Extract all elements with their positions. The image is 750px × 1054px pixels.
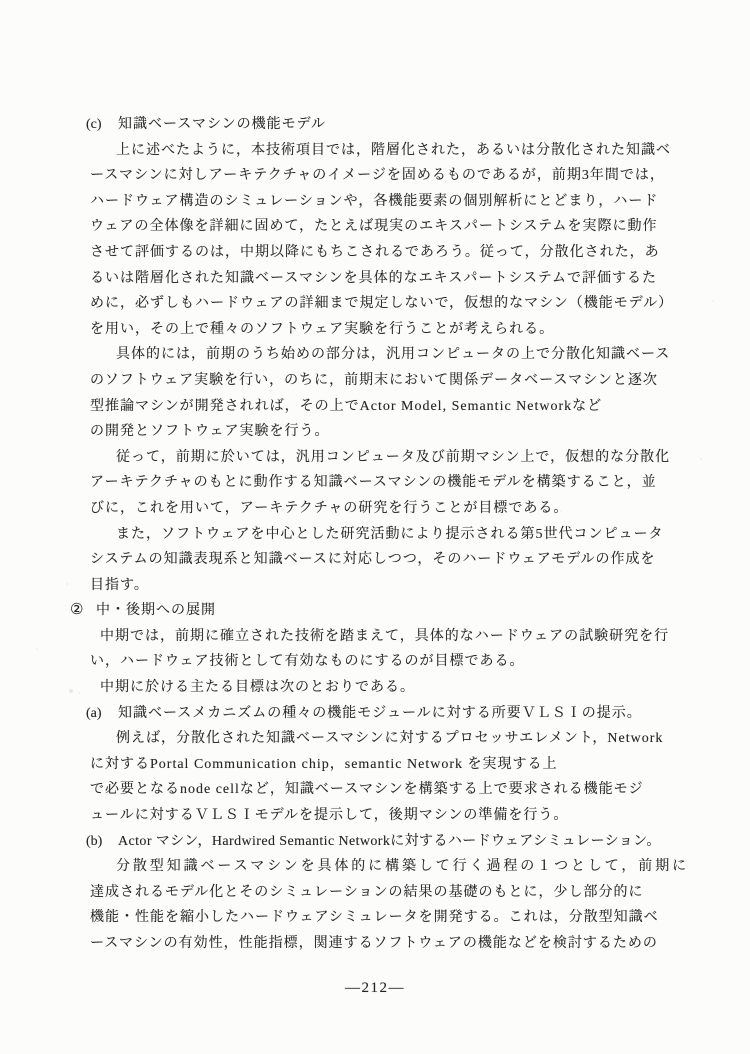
- line-text: 知識ベースメカニズムの種々の機能モジュールに対する所要ＶＬＳＩの提示。: [118, 706, 642, 721]
- text-line: 目指す。: [86, 573, 711, 599]
- scan-artifacts: [0, 0, 2, 2]
- line-text: めに，必ずしもハードウェアの詳細まで規定しないで，仮想的なマシン（機能モデル）: [90, 296, 673, 311]
- line-text: 分散型知識ベースマシンを具体的に構築して行く過程の１つとして，前期に: [116, 859, 689, 874]
- line-text: 型推論マシンが開発されれば，その上でActor Model, Semantic …: [90, 399, 602, 414]
- line-text: 上に述べたように，本技術項目では，階層化された，あるいは分散化された知識ベ: [116, 143, 671, 158]
- text-line: のソフトウェア実験を行い，のちに，前期末において関係データベースマシンと逐次: [86, 368, 711, 394]
- line-text: 中期では，前期に確立された技術を踏まえて，具体的なハードウェアの試験研究を行: [100, 629, 669, 644]
- line-text: 機能・性能を縮小したハードウェアシミュレータを開発する。これは，分散型知識ベ: [90, 910, 659, 925]
- text-line: 機能・性能を縮小したハードウェアシミュレータを開発する。これは，分散型知識ベ: [86, 905, 711, 931]
- item-label: (b): [86, 829, 118, 855]
- text-line: 例えば，分散化された知識ベースマシンに対するプロセッサエレメント，Network: [86, 726, 711, 752]
- text-line: (b)Actor マシン，Hardwired Semantic Networkに…: [86, 829, 711, 855]
- text-line: また，ソフトウェアを中心とした研究活動により提示される第5世代コンピュータ: [86, 522, 711, 548]
- text-line: 上に述べたように，本技術項目では，階層化された，あるいは分散化された知識ベ: [86, 138, 711, 164]
- line-text: また，ソフトウェアを中心とした研究活動により提示される第5世代コンピュータ: [116, 527, 663, 542]
- line-text: るいは階層化された知識ベースマシンを具体的なエキスパートシステムで評価するた: [90, 271, 657, 286]
- line-text: を用い，その上で種々のソフトウェア実験を行うことが考えられる。: [90, 322, 554, 337]
- line-text: で必要となるnode cellなど，知識ベースマシンを構築する上で要求される機能…: [90, 782, 644, 797]
- text-line: アーキテクチャのもとに動作する知識ベースマシンの機能モデルを構築すること，並: [86, 470, 711, 496]
- line-text: ウェアの全体像を詳細に固めて，たとえば現実のエキスパートシステムを実際に動作: [90, 219, 657, 234]
- text-line: を用い，その上で種々のソフトウェア実験を行うことが考えられる。: [86, 317, 711, 343]
- text-line: 達成されるモデル化とそのシミュレーションの結果の基礎のもとに，少し部分的に: [86, 880, 711, 906]
- text-line: (a)知識ベースメカニズムの種々の機能モジュールに対する所要ＶＬＳＩの提示。: [86, 701, 711, 727]
- text-line: るいは階層化された知識ベースマシンを具体的なエキスパートシステムで評価するた: [86, 266, 711, 292]
- line-text: 中期に於ける主たる目標は次のとおりである。: [100, 680, 415, 695]
- text-line: 型推論マシンが開発されれば，その上でActor Model, Semantic …: [86, 394, 711, 420]
- item-label: (a): [86, 701, 118, 727]
- text-line: (c)知識ベースマシンの機能モデル: [86, 112, 711, 138]
- line-text: に対するPortal Communication chip，semantic N…: [90, 757, 558, 772]
- text-line: ースマシンの有効性，性能指標，関連するソフトウェアの機能などを検討するための: [86, 931, 711, 957]
- item-label: ②: [70, 598, 96, 624]
- text-line: ②中・後期への展開: [70, 598, 711, 624]
- document-body-text: (c)知識ベースマシンの機能モデル上に述べたように，本技術項目では，階層化された…: [86, 112, 711, 957]
- line-text: のソフトウェア実験を行い，のちに，前期末において関係データベースマシンと逐次: [90, 373, 658, 388]
- text-line: ースマシンに対しアーキテクチャのイメージを固めるものであるが，前期3年間では，: [86, 163, 711, 189]
- text-line: させて評価するのは，中期以降にもちこされるであろう。従って，分散化された，あ: [86, 240, 711, 266]
- line-text: 従って，前期に於いては，汎用コンピュータ及び前期マシン上で，仮想的な分散化: [116, 450, 670, 465]
- text-line: で必要となるnode cellなど，知識ベースマシンを構築する上で要求される機能…: [86, 777, 711, 803]
- line-text: 目指す。: [90, 578, 149, 593]
- line-text: 中・後期への展開: [96, 603, 216, 618]
- text-line: ウェアの全体像を詳細に固めて，たとえば現実のエキスパートシステムを実際に動作: [86, 214, 711, 240]
- line-text: びに，これを用いて，アーキテクチャの研究を行うことが目標である。: [90, 501, 568, 516]
- line-text: 例えば，分散化された知識ベースマシンに対するプロセッサエレメント，Network: [116, 731, 663, 746]
- text-line: びに，これを用いて，アーキテクチャの研究を行うことが目標である。: [86, 496, 711, 522]
- line-text: アーキテクチャのもとに動作する知識ベースマシンの機能モデルを構築すること，並: [90, 475, 657, 490]
- line-text: の開発とソフトウェア実験を行う。: [90, 424, 329, 439]
- line-text: ハードウェア構造のシミュレーションや，各機能要素の個別解析にとどまり，ハード: [90, 194, 658, 209]
- line-text: い，ハードウェア技術として有効なものにするのが目標である。: [90, 654, 524, 669]
- text-line: 具体的には，前期のうち始めの部分は，汎用コンピュータの上で分散化知識ベース: [86, 342, 711, 368]
- line-text: 具体的には，前期のうち始めの部分は，汎用コンピュータの上で分散化知識ベース: [116, 347, 670, 362]
- page-number: —212—: [0, 980, 750, 997]
- line-text: ュールに対するＶＬＳＩモデルを提示して，後期マシンの準備を行う。: [90, 808, 568, 823]
- line-text: 知識ベースマシンの機能モデル: [118, 117, 326, 132]
- line-text: Actor マシン，Hardwired Semantic Networkに対する…: [118, 834, 661, 849]
- scanned-document-page: (c)知識ベースマシンの機能モデル上に述べたように，本技術項目では，階層化された…: [0, 0, 750, 1054]
- text-line: 分散型知識ベースマシンを具体的に構築して行く過程の１つとして，前期に: [86, 854, 711, 880]
- line-text: ースマシンに対しアーキテクチャのイメージを固めるものであるが，前期3年間では，: [90, 168, 665, 183]
- text-line: めに，必ずしもハードウェアの詳細まで規定しないで，仮想的なマシン（機能モデル）: [86, 291, 711, 317]
- item-label: (c): [86, 112, 118, 138]
- text-line: の開発とソフトウェア実験を行う。: [86, 419, 711, 445]
- text-line: 従って，前期に於いては，汎用コンピュータ及び前期マシン上で，仮想的な分散化: [86, 445, 711, 471]
- line-text: させて評価するのは，中期以降にもちこされるであろう。従って，分散化された，あ: [90, 245, 660, 260]
- text-line: 中期に於ける主たる目標は次のとおりである。: [86, 675, 711, 701]
- text-line: ュールに対するＶＬＳＩモデルを提示して，後期マシンの準備を行う。: [86, 803, 711, 829]
- text-line: 中期では，前期に確立された技術を踏まえて，具体的なハードウェアの試験研究を行: [86, 624, 711, 650]
- line-text: ースマシンの有効性，性能指標，関連するソフトウェアの機能などを検討するための: [90, 936, 658, 951]
- line-text: システムの知識表現系と知識ベースに対応しつつ，そのハードウェアモデルの作成を: [90, 552, 656, 567]
- text-line: ハードウェア構造のシミュレーションや，各機能要素の個別解析にとどまり，ハード: [86, 189, 711, 215]
- text-line: に対するPortal Communication chip，semantic N…: [86, 752, 711, 778]
- text-line: システムの知識表現系と知識ベースに対応しつつ，そのハードウェアモデルの作成を: [86, 547, 711, 573]
- text-line: い，ハードウェア技術として有効なものにするのが目標である。: [86, 649, 711, 675]
- line-text: 達成されるモデル化とそのシミュレーションの結果の基礎のもとに，少し部分的に: [90, 885, 643, 900]
